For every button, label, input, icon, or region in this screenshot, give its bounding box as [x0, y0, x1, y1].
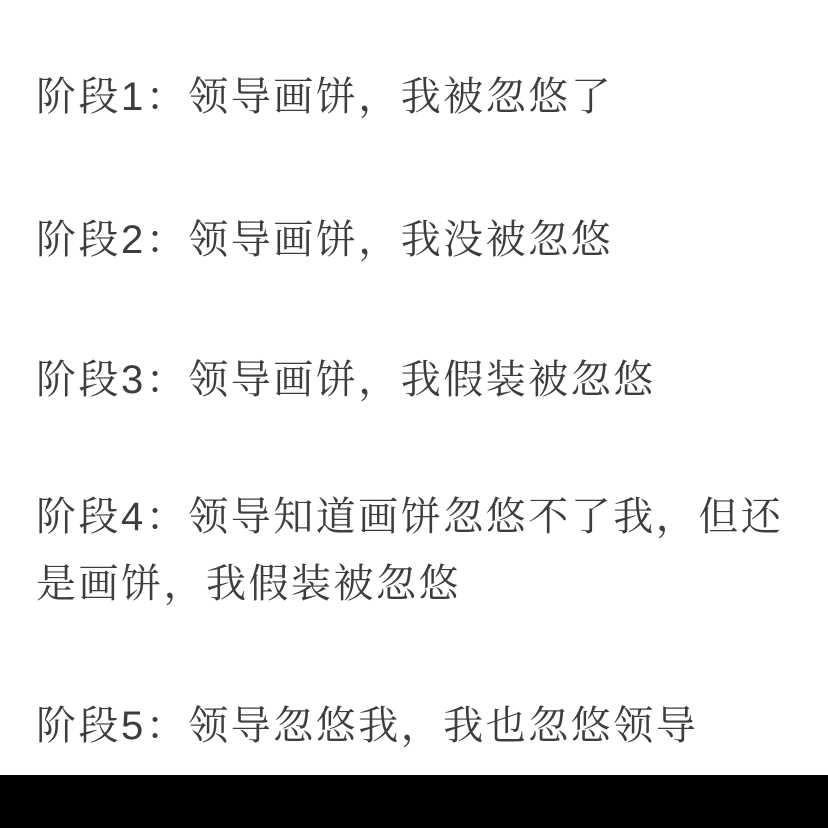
meme-text-page: 阶段1：领导画饼，我被忽悠了 阶段2：领导画饼，我没被忽悠 阶段3：领导画饼，我… [0, 0, 828, 828]
stage-2-line-1: 阶段2：领导画饼，我没被忽悠 [36, 207, 798, 274]
stage-5-text: 阶段5：领导忽悠我，我也忽悠领导 [36, 693, 798, 760]
stage-2-text: 阶段2：领导画饼，我没被忽悠 [36, 207, 798, 274]
bottom-letterbox-bar [0, 775, 828, 828]
stage-1-line-1: 阶段1：领导画饼，我被忽悠了 [36, 64, 798, 131]
stage-4-line-1: 阶段4：领导知道画饼忽悠不了我，但还 [36, 484, 798, 551]
stage-1-text: 阶段1：领导画饼，我被忽悠了 [36, 64, 798, 131]
stage-4-text: 阶段4：领导知道画饼忽悠不了我，但还 是画饼，我假装被忽悠 [36, 484, 798, 618]
stage-4-line-2: 是画饼，我假装被忽悠 [36, 551, 798, 618]
stage-3-text: 阶段3：领导画饼，我假装被忽悠 [36, 347, 798, 414]
stage-5-line-1: 阶段5：领导忽悠我，我也忽悠领导 [36, 693, 798, 760]
stage-3-line-1: 阶段3：领导画饼，我假装被忽悠 [36, 347, 798, 414]
